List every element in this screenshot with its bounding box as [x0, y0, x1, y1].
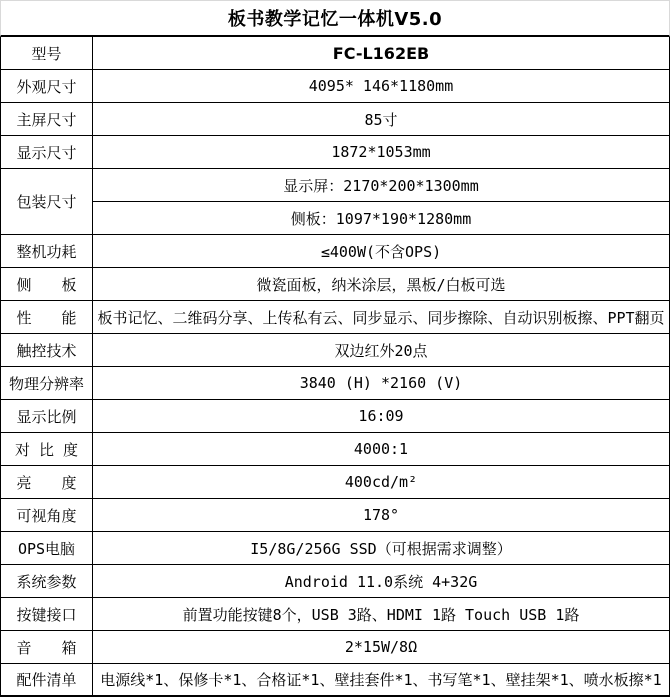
spec-value: 显示屏：2170*200*1300mm — [93, 169, 669, 202]
spec-value: 4095* 146*1180mm — [93, 70, 669, 102]
spec-value: 178° — [93, 499, 669, 531]
spec-label: 亮 度 — [1, 466, 93, 498]
spec-row-buttons-interfaces: 按键接口 前置功能按键8个，USB 3路、HDMI 1路 Touch USB 1… — [1, 598, 669, 631]
packaging-subrows: 显示屏：2170*200*1300mm 侧板：1097*190*1280mm — [93, 169, 669, 234]
spec-value: 前置功能按键8个，USB 3路、HDMI 1路 Touch USB 1路 — [93, 598, 669, 630]
spec-value: 4000:1 — [93, 433, 669, 465]
page-title: 板书教学记忆一体机V5.0 — [0, 0, 670, 37]
spec-value: 侧板：1097*190*1280mm — [93, 202, 669, 234]
spec-row-contrast-ratio: 对 比 度 4000:1 — [1, 433, 669, 466]
spec-row-features: 性 能 板书记忆、二维码分享、上传私有云、同步显示、同步擦除、自动识别板擦、PP… — [1, 301, 669, 334]
spec-label: 配件清单 — [1, 664, 93, 695]
spec-value: 双边红外20点 — [93, 334, 669, 366]
spec-row-model: 型号 FC-L162EB — [1, 37, 669, 70]
spec-label: 音 箱 — [1, 631, 93, 663]
spec-row-accessories-list: 配件清单 电源线*1、保修卡*1、合格证*1、壁挂套件*1、书写笔*1、壁挂架*… — [1, 664, 669, 697]
spec-sheet: 板书教学记忆一体机V5.0 型号 FC-L162EB 外观尺寸 4095* 14… — [0, 0, 670, 697]
spec-value: 电源线*1、保修卡*1、合格证*1、壁挂套件*1、书写笔*1、壁挂架*1、喷水板… — [93, 664, 669, 695]
spec-row-main-screen-size: 主屏尺寸 85寸 — [1, 103, 669, 136]
spec-row-display-size: 显示尺寸 1872*1053mm — [1, 136, 669, 169]
spec-label: 整机功耗 — [1, 235, 93, 267]
spec-value: 16:09 — [93, 400, 669, 432]
spec-label: 物理分辨率 — [1, 367, 93, 399]
spec-row-physical-resolution: 物理分辨率 3840 (H) *2160 (V) — [1, 367, 669, 400]
spec-row-speakers: 音 箱 2*15W/8Ω — [1, 631, 669, 664]
spec-row-exterior-size: 外观尺寸 4095* 146*1180mm — [1, 70, 669, 103]
spec-label: 对 比 度 — [1, 433, 93, 465]
spec-label: 包装尺寸 — [1, 169, 93, 234]
spec-row-aspect-ratio: 显示比例 16:09 — [1, 400, 669, 433]
spec-value: I5/8G/256G SSD（可根据需求调整） — [93, 532, 669, 564]
spec-label: 显示比例 — [1, 400, 93, 432]
spec-value: ≤400W(不含OPS) — [93, 235, 669, 267]
spec-row-viewing-angle: 可视角度 178° — [1, 499, 669, 532]
spec-row-side-panel: 侧 板 微瓷面板，纳米涂层，黑板/白板可选 — [1, 268, 669, 301]
spec-value: FC-L162EB — [93, 37, 669, 69]
spec-label: 主屏尺寸 — [1, 103, 93, 135]
spec-value: 3840 (H) *2160 (V) — [93, 367, 669, 399]
spec-value: 1872*1053mm — [93, 136, 669, 168]
spec-value: 85寸 — [93, 103, 669, 135]
spec-table: 型号 FC-L162EB 外观尺寸 4095* 146*1180mm 主屏尺寸 … — [0, 37, 670, 697]
spec-value: 板书记忆、二维码分享、上传私有云、同步显示、同步擦除、自动识别板擦、PPT翻页 — [93, 301, 669, 333]
spec-label: 按键接口 — [1, 598, 93, 630]
spec-row-packaging-size: 包装尺寸 显示屏：2170*200*1300mm 侧板：1097*190*128… — [1, 169, 669, 235]
spec-label: 型号 — [1, 37, 93, 69]
spec-row-brightness: 亮 度 400cd/m² — [1, 466, 669, 499]
spec-label: 可视角度 — [1, 499, 93, 531]
spec-value: 2*15W/8Ω — [93, 631, 669, 663]
spec-row-power-consumption: 整机功耗 ≤400W(不含OPS) — [1, 235, 669, 268]
spec-label: 侧 板 — [1, 268, 93, 300]
spec-row-system-parameters: 系统参数 Android 11.0系统 4+32G — [1, 565, 669, 598]
spec-row-ops-computer: OPS电脑 I5/8G/256G SSD（可根据需求调整） — [1, 532, 669, 565]
spec-value: 400cd/m² — [93, 466, 669, 498]
spec-label: OPS电脑 — [1, 532, 93, 564]
spec-label: 性 能 — [1, 301, 93, 333]
spec-value: Android 11.0系统 4+32G — [93, 565, 669, 597]
spec-row-touch-technology: 触控技术 双边红外20点 — [1, 334, 669, 367]
spec-label: 系统参数 — [1, 565, 93, 597]
spec-label: 触控技术 — [1, 334, 93, 366]
spec-value: 微瓷面板，纳米涂层，黑板/白板可选 — [93, 268, 669, 300]
spec-label: 外观尺寸 — [1, 70, 93, 102]
spec-label: 显示尺寸 — [1, 136, 93, 168]
